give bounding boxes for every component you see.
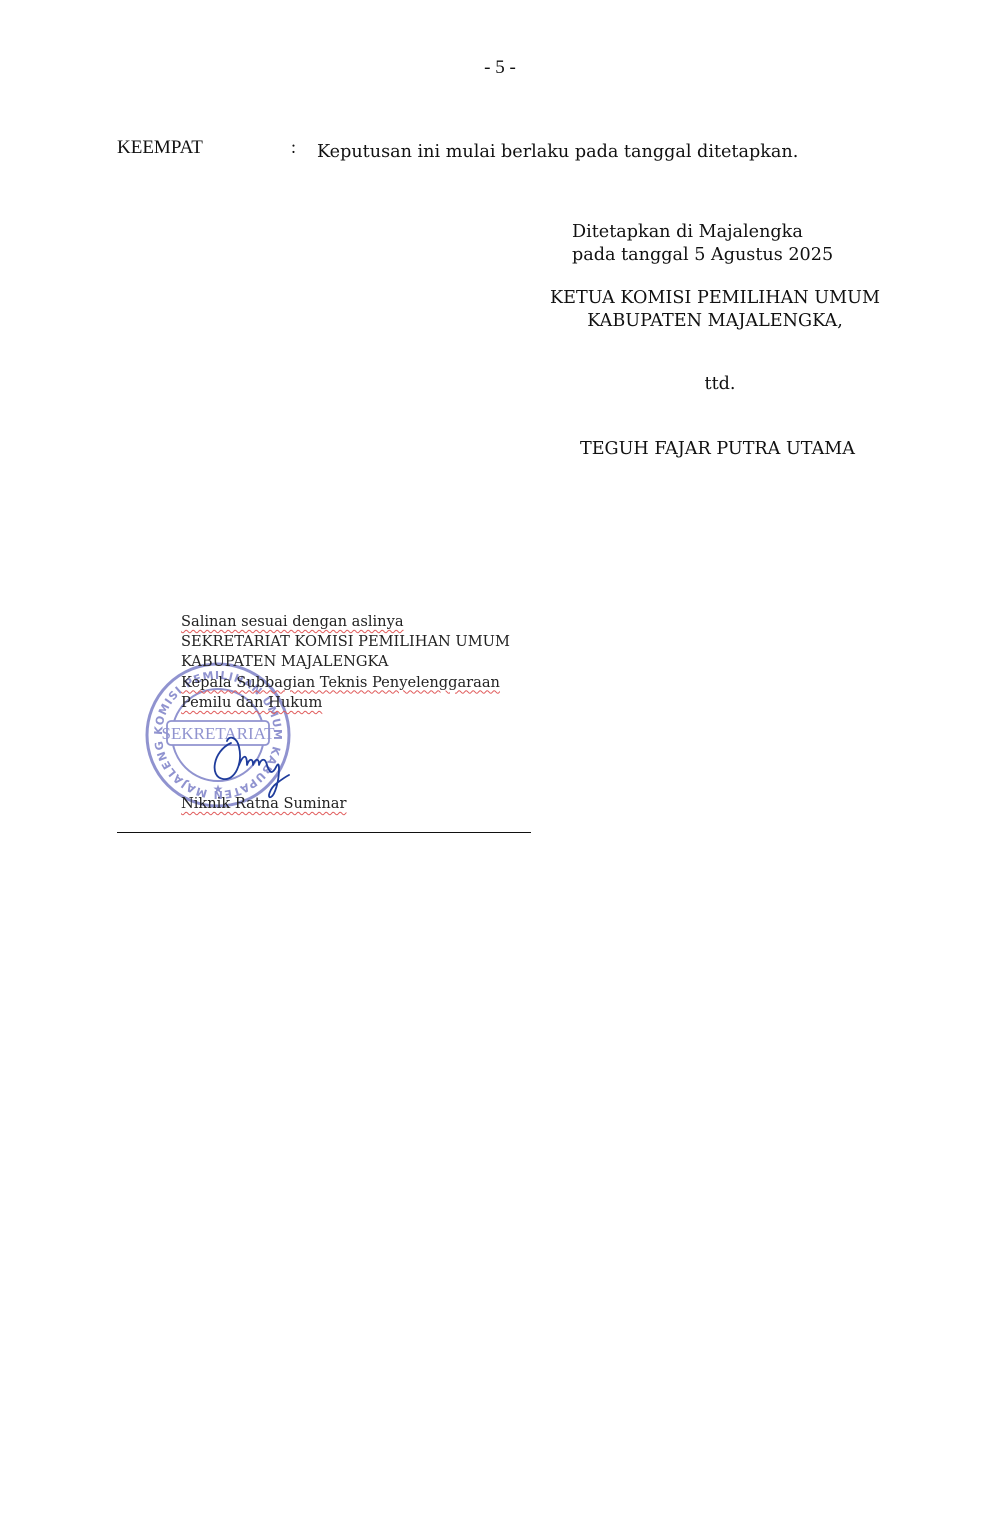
clause-separator: : <box>291 137 296 158</box>
footer-divider <box>117 832 531 833</box>
position-line-1: KETUA KOMISI PEMILIHAN UMUM <box>530 287 900 310</box>
clause-text: Keputusan ini mulai berlaku pada tanggal… <box>317 142 798 162</box>
copy-line-3: KABUPATEN MAJALENGKA <box>181 652 510 672</box>
page-number: - 5 - <box>0 57 1000 79</box>
signed-mark: ttd. <box>530 374 910 394</box>
copy-line-1: Salinan sesuai dengan aslinya <box>181 612 510 632</box>
signature-place: Ditetapkan di Majalengka <box>572 221 833 244</box>
certified-copy-text: Salinan sesuai dengan aslinya SEKRETARIA… <box>181 612 510 713</box>
copy-line-5: Pemilu dan Hukum <box>181 693 510 713</box>
signature-date: pada tanggal 5 Agustus 2025 <box>572 244 833 267</box>
copy-line-2: SEKRETARIAT KOMISI PEMILIHAN UMUM <box>181 632 510 652</box>
clause-label: KEEMPAT <box>117 137 203 159</box>
handwritten-signature-icon <box>205 725 295 805</box>
position-line-2: KABUPATEN MAJALENGKA, <box>530 310 900 333</box>
signatory-position: KETUA KOMISI PEMILIHAN UMUM KABUPATEN MA… <box>530 287 900 333</box>
copy-line-4: Kepala Subbagian Teknis Penyelenggaraan <box>181 673 510 693</box>
signature-place-date: Ditetapkan di Majalengka pada tanggal 5 … <box>572 221 833 267</box>
official-name: Niknik Ratna Suminar <box>181 795 346 812</box>
certifying-official-name: Niknik Ratna Suminar <box>181 795 346 812</box>
signatory-name: TEGUH FAJAR PUTRA UTAMA <box>530 439 905 459</box>
document-page: - 5 - KEEMPAT : Keputusan ini mulai berl… <box>0 0 1000 1529</box>
